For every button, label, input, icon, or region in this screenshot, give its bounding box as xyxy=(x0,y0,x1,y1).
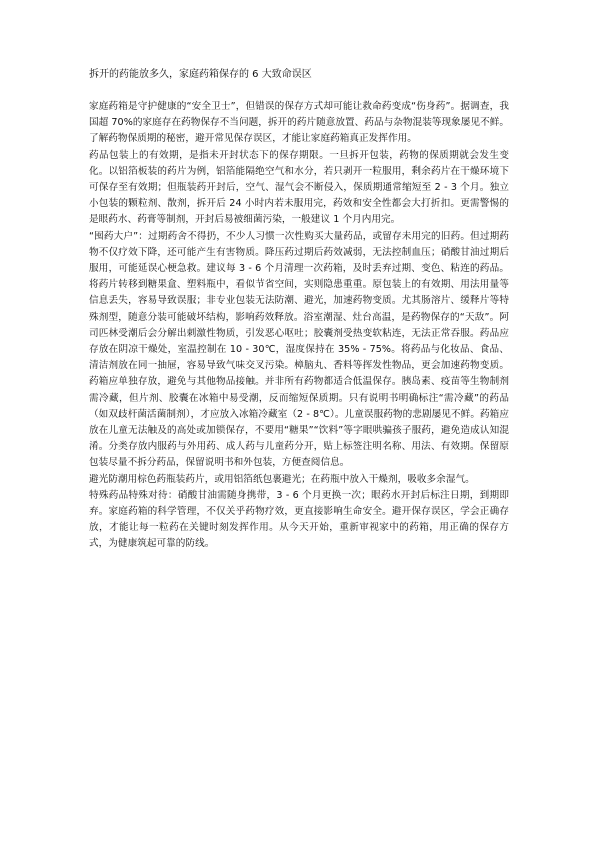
document-body: 家庭药箱是守护健康的“安全卫士”，但错误的保存方式却可能让救命药变成“伤身药”。… xyxy=(89,99,509,553)
paragraph-light-moisture: 避光防潮用棕色药瓶装药片，或用铝箔纸包裹避光；在药瓶中放入干燥剂，吸收多余湿气。 xyxy=(89,472,509,488)
paragraph-special-drugs-conclusion: 特殊药品特殊对待：硝酸甘油需随身携带，3 - 6 个月更换一次；眼药水开封后标注… xyxy=(89,488,509,553)
paragraph-storage-mistakes: “囤药大户”：过期药舍不得扔，不少人习惯一次性购买大量药品，或留存未用完的旧药。… xyxy=(89,229,509,472)
document-title: 拆开的药能放多久，家庭药箱保存的 6 大致命误区 xyxy=(89,68,509,82)
paragraph-intro: 家庭药箱是守护健康的“安全卫士”，但错误的保存方式却可能让救命药变成“伤身药”。… xyxy=(89,99,509,148)
paragraph-expiry-after-opening: 药品包装上的有效期，是指未开封状态下的保存期限。一旦拆开包装，药物的保质期就会发… xyxy=(89,148,509,229)
